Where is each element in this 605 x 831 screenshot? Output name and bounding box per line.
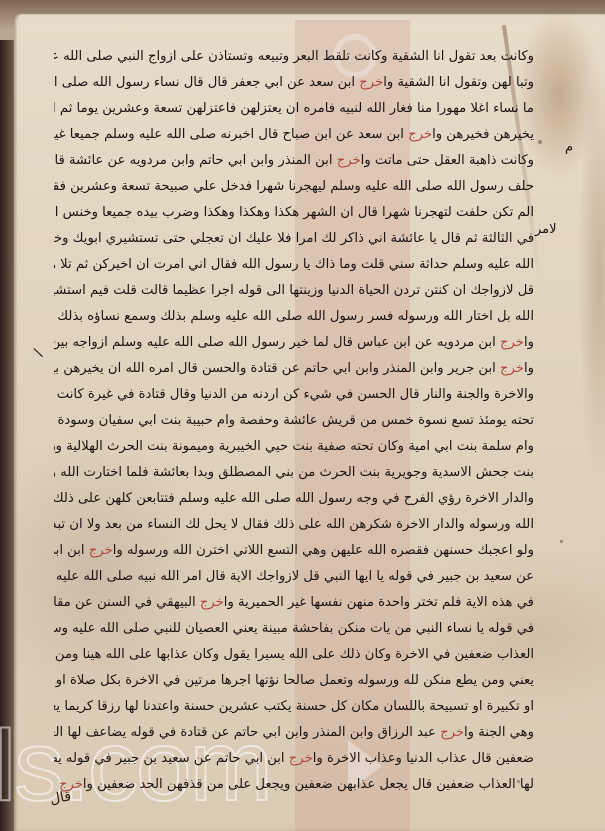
line-text: في قوله يا نساء النبي من يات منكن بفاحشة… [54,621,534,636]
line-text: وكانت ذاهبة العقل حتى ماتت وا [361,153,534,168]
line-text: والاخرة والجنة والنار قال الحسن في شيء ك… [54,387,534,402]
rubric-word: خرج [408,127,432,142]
manuscript-line: وكانت بعد تقول انا الشقية وكانت تلقط الب… [54,44,534,70]
manuscript-line: الله ورسوله والدار الاخرة شكرهن الله على… [54,512,534,538]
line-text: ابن ابي حاتم [54,543,89,558]
rubric-word: خرج [440,725,464,740]
rubric-word: خرج [200,595,224,610]
manuscript-line: حلف رسول الله صلى الله عليه وسلم ليهجرنا… [54,174,534,200]
line-text: ضعفين قال عذاب الدنيا وعذاب الاخرة وا [313,751,534,766]
line-text: الله بل اختار الله ورسوله فسر رسول الله … [54,309,534,324]
line-text: يعني ومن يطع منكن لله ورسوله وتعمل صالحا… [54,673,534,688]
manuscript-line: ضعفين قال عذاب الدنيا وعذاب الاخرة واخرج… [54,746,534,772]
manuscript-line: واخرج ابن مردويه عن ابن عباس قال لما خير… [54,330,534,356]
manuscript-line: وهي الجنة واخرج عبد الرزاق وابن المنذر و… [54,720,534,746]
line-text: وام سلمة بنت ابي امية وكان تحته صفية بنت… [54,439,534,454]
line-text: قل لازواجك ان كنتن تردن الحياة الدنيا وز… [54,283,534,298]
manuscript-line: يعني ومن يطع منكن لله ورسوله وتعمل صالحا… [54,668,534,694]
ink-stain [538,140,542,144]
line-text: الم تكن حلفت لتهجرنا شهرا قال ان الشهر ه… [54,205,534,220]
manuscript-line: في قوله يا نساء النبي من يات منكن بفاحشة… [54,616,534,642]
rubric-word: خرج [337,153,361,168]
line-text: لها العذاب ضعفين قال يجعل عذابهن ضعفين و… [83,777,534,792]
line-text: يخيرهن فخيرهن وا [432,127,534,142]
manuscript-line: العذاب ضعفين في الاخرة وكان ذلك على الله… [54,642,534,668]
line-text: ابن جرير وابن المنذر وابن ابي حاتم عن قت… [54,361,500,376]
line-text: وكانت بعد تقول انا الشقية وكانت تلقط الب… [54,49,534,64]
manuscript-line: في هذه الاية فلم تختر واحدة منهن نفسها غ… [54,590,534,616]
line-text: حلف رسول الله صلى الله عليه وسلم ليهجرنا… [54,179,534,194]
manuscript-line: عن سعيد بن جبير في قوله يا ايها النبي قل… [54,564,534,590]
line-text: ابن المنذر وابن ابي حاتم وابن مردويه عن … [54,153,337,168]
line-text: ابن مردويه عن ابن عباس قال لما خير رسول … [54,335,500,350]
line-text: عن سعيد بن جبير في قوله يا ايها النبي قل… [54,569,534,584]
manuscript-line: لها العذاب ضعفين قال يجعل عذابهن ضعفين و… [54,772,534,798]
manuscript-line: والاخرة والجنة والنار قال الحسن في شيء ك… [54,382,534,408]
rubric-word: خرج [89,543,113,558]
line-text: بنت جحش الاسدية وجويرية بنت الحرث من بني… [54,465,534,480]
line-text: وا [524,335,534,350]
manuscript-line: وكانت ذاهبة العقل حتى ماتت واخرج ابن الم… [54,148,534,174]
line-text: الله عليه وسلم حداثة سني قلت وما ذاك يا … [54,257,534,272]
line-text: والدار الاخرة رؤي الفرح في وجه رسول الله… [54,491,534,506]
manuscript-line: ما نساء اغلا مهورا منا فغار الله لنبيه ف… [54,96,534,122]
line-text: في هذه الاية فلم تختر واحدة منهن نفسها غ… [224,595,534,610]
rubric-word: خرج [500,361,524,376]
ink-stain [560,540,563,543]
manuscript-line: والدار الاخرة رؤي الفرح في وجه رسول الله… [54,486,534,512]
line-text: تحته يومئذ تسع نسوة خمس من قريش عائشة وح… [54,413,534,428]
manuscript-line: في الثالثة ثم قال يا عائشة اني ذاكر لك ا… [54,226,534,252]
line-text: ما نساء اغلا مهورا منا فغار الله لنبيه ف… [54,101,534,116]
manuscript-line: الله عليه وسلم حداثة سني قلت وما ذاك يا … [54,252,534,278]
line-text: وا [524,361,534,376]
line-text: العذاب ضعفين في الاخرة وكان ذلك على الله… [54,647,534,662]
manuscript-line: وام سلمة بنت ابي امية وكان تحته صفية بنت… [54,434,534,460]
line-text: ابن سعد عن ابي جعفر قال قال نساء رسول ال… [54,75,359,90]
manuscript-line: تحته يومئذ تسع نسوة خمس من قريش عائشة وح… [54,408,534,434]
manuscript-line: ولو اعجبك حسنهن فقصره الله عليهن وهي الت… [54,538,534,564]
marginal-note-top-right: م [565,140,573,155]
manuscript-line: قل لازواجك ان كنتن تردن الحياة الدنيا وز… [54,278,534,304]
line-text: وهي الجنة وا [464,725,534,740]
rubric-word: خرج [500,335,524,350]
line-text: او تكبيرة او تسبيحة باللسان مكان كل حسنة… [54,699,534,714]
manuscript-text-block: وكانت بعد تقول انا الشقية وكانت تلقط الب… [54,44,534,798]
marginal-note-right: لامر [535,222,557,237]
line-text: في الثالثة ثم قال يا عائشة اني ذاكر لك ا… [54,231,534,246]
line-text: عبد الرزاق وابن المنذر وابن ابي حاتم عن … [54,725,440,740]
manuscript-line: او تكبيرة او تسبيحة باللسان مكان كل حسنة… [54,694,534,720]
manuscript-line: بنت جحش الاسدية وجويرية بنت الحرث من بني… [54,460,534,486]
manuscript-line: يخيرهن فخيرهن واخرج ابن سعد عن ابن صباح … [54,122,534,148]
rubric-word: خرج [359,75,383,90]
rubric-word: خرج [289,751,313,766]
manuscript-line: الم تكن حلفت لتهجرنا شهرا قال ان الشهر ه… [54,200,534,226]
line-text: ولو اعجبك حسنهن فقصره الله عليهن وهي الت… [113,543,534,558]
manuscript-line: الله بل اختار الله ورسوله فسر رسول الله … [54,304,534,330]
manuscript-line: واخرج ابن جرير وابن المنذر وابن ابي حاتم… [54,356,534,382]
line-text: ابن ابي حاتم عن سعيد بن جبير في قوله يضا… [54,751,289,766]
manuscript-line: وتبا لهن وتقول انا الشقية واخرج ابن سعد … [54,70,534,96]
line-text: وتبا لهن وتقول انا الشقية وا [383,75,534,90]
line-text: الله ورسوله والدار الاخرة شكرهن الله على… [54,517,534,532]
line-text: البيهقي في السنن عن مقاتل بن سليمان [54,595,200,610]
line-text: ابن سعد عن ابن صباح قال اخبرنه صلى الله … [54,127,408,142]
